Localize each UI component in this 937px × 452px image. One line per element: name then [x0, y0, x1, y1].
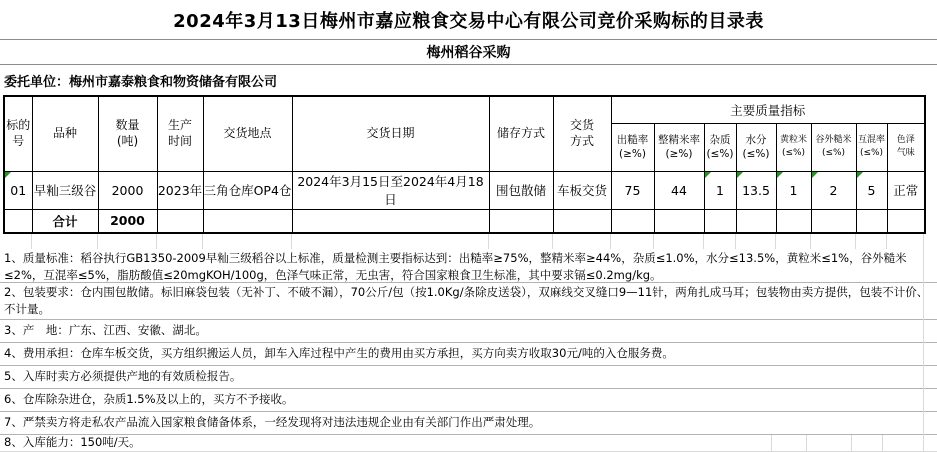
- flag-triangle-icon: [857, 172, 863, 178]
- header-production-time[interactable]: 生产 时间: [157, 96, 203, 171]
- cell-q-yellow-grain[interactable]: 1: [776, 171, 811, 209]
- total-empty-cell[interactable]: [292, 209, 489, 233]
- header-storage-method[interactable]: 储存方式: [489, 96, 553, 171]
- note-text: 5、入库时卖方必须提供产地的有效质检报告。: [4, 368, 249, 385]
- total-empty-cell[interactable]: [856, 209, 887, 233]
- cell-q-impurity[interactable]: 1: [704, 171, 736, 209]
- gridline: [735, 234, 736, 249]
- total-empty-cell[interactable]: [776, 209, 811, 233]
- note-text: 7、严禁卖方将走私农产品流入国家粮食储备体系，一经发现将对违法违规企业由有关部门…: [4, 414, 548, 431]
- header-quantity[interactable]: 数量 (吨): [98, 96, 157, 171]
- gridline: [810, 234, 811, 249]
- total-empty-cell[interactable]: [157, 209, 203, 233]
- table-row: 01 早籼三级谷 2000 2023年 三角仓库OP4仓 2024年3月15日至…: [4, 171, 925, 209]
- cell-delivery-date[interactable]: 2024年3月15日至2024年4月18日: [292, 171, 489, 209]
- cell-q-brown-rice-text: 2: [830, 183, 838, 198]
- cell-bid-no-text: 01: [10, 183, 26, 198]
- total-quantity-cell[interactable]: 2000: [98, 209, 157, 233]
- page-title-text: 2024年3月13日梅州市嘉应粮食交易中心有限公司竞价采购标的目录表: [173, 7, 764, 33]
- spreadsheet-view: 2024年3月13日梅州市嘉应粮食交易中心有限公司竞价采购标的目录表 梅州稻谷采…: [0, 0, 937, 452]
- cell-q-color-odor[interactable]: 正常: [887, 171, 925, 209]
- header-q-brown-rice[interactable]: 谷外糙米 (≤%): [811, 123, 856, 171]
- header-delivery-place[interactable]: 交货地点: [203, 96, 292, 171]
- header-bid-no[interactable]: 标的 号: [4, 96, 32, 171]
- gridline: [653, 234, 654, 249]
- gridline: [610, 234, 611, 249]
- total-empty-cell[interactable]: [553, 209, 611, 233]
- catalog-table: 标的 号 品种 数量 (吨) 生产 时间 交货地点 交货日期 储存方式 交货 方…: [3, 95, 926, 234]
- cell-variety[interactable]: 早籼三级谷: [32, 171, 98, 209]
- total-empty-cell[interactable]: [654, 209, 704, 233]
- client-text: 委托单位：梅州市嘉泰粮食和物资储备有限公司: [4, 71, 277, 90]
- gridline: [703, 234, 704, 249]
- cell-q-mix-rate[interactable]: 5: [856, 171, 887, 209]
- note-line[interactable]: 7、严禁卖方将走私农产品流入国家粮食储备体系，一经发现将对违法违规企业由有关部门…: [0, 412, 937, 435]
- header-quality-group[interactable]: 主要质量指标: [611, 96, 925, 123]
- cell-q-mix-rate-text: 5: [868, 183, 876, 198]
- notes-section: 1、质量标准：稻谷执行GB1350-2009早籼三级稻谷以上标准，质量检测主要指…: [0, 249, 937, 452]
- gridline: [97, 234, 98, 249]
- subtitle-text: 梅州稻谷采购: [427, 42, 511, 62]
- note-line[interactable]: 3、产 地：广东、江西、安徽、湖北。: [0, 320, 937, 343]
- flag-triangle-icon: [777, 172, 783, 178]
- header-q-yellow-grain[interactable]: 黄粒米 (≤%): [776, 123, 811, 171]
- cell-q-moisture[interactable]: 13.5: [736, 171, 776, 209]
- gridline: [291, 234, 292, 249]
- cell-storage-method[interactable]: 围包散储: [489, 171, 553, 209]
- gridline: [882, 435, 883, 451]
- total-empty-cell[interactable]: [704, 209, 736, 233]
- gridline-strip: [0, 234, 937, 249]
- header-q-husk-rate[interactable]: 出糙率 (≥%): [611, 123, 654, 171]
- gridline: [851, 435, 852, 451]
- note-line[interactable]: 8、入库能力：150吨/天。: [0, 435, 937, 452]
- total-empty-cell[interactable]: [611, 209, 654, 233]
- note-text: 4、费用承担：仓库车板交货，买方组织搬运人员，卸车入库过程中产生的费用由买方承担…: [4, 345, 682, 362]
- cell-q-head-rice-rate[interactable]: 44: [654, 171, 704, 209]
- section-subtitle: 梅州稻谷采购: [0, 40, 937, 65]
- note-line[interactable]: 1、质量标准：稻谷执行GB1350-2009早籼三级稻谷以上标准，质量检测主要指…: [0, 249, 937, 283]
- gridline: [775, 234, 776, 249]
- cell-q-moisture-text: 13.5: [742, 183, 770, 198]
- cell-q-impurity-text: 1: [716, 183, 724, 198]
- gridline: [806, 435, 807, 451]
- gridline: [31, 234, 32, 249]
- total-row: 合计 2000: [4, 209, 925, 233]
- total-empty-cell[interactable]: [887, 209, 925, 233]
- flag-triangle-icon: [812, 172, 818, 178]
- header-q-mix-rate[interactable]: 互混率 (≤%): [856, 123, 887, 171]
- gridline: [202, 234, 203, 249]
- note-line[interactable]: 4、费用承担：仓库车板交货，买方组织搬运人员，卸车入库过程中产生的费用由买方承担…: [0, 343, 937, 366]
- total-empty-cell[interactable]: [811, 209, 856, 233]
- cell-delivery-method[interactable]: 车板交货: [553, 171, 611, 209]
- header-variety[interactable]: 品种: [32, 96, 98, 171]
- cell-bid-no[interactable]: 01: [4, 171, 32, 209]
- note-text: 8、入库能力：150吨/天。: [4, 434, 149, 451]
- note-text: 2、包装要求：仓内围包散储。标旧麻袋包装（无补丁、不破不漏），70公斤/包（按1…: [4, 284, 937, 317]
- note-text: 1、质量标准：稻谷执行GB1350-2009早籼三级稻谷以上标准，质量检测主要指…: [4, 250, 937, 283]
- header-q-head-rice-rate[interactable]: 整精米率 (≥%): [654, 123, 704, 171]
- total-label-cell[interactable]: 合计: [32, 209, 98, 233]
- note-text: 3、产 地：广东、江西、安徽、湖北。: [4, 322, 215, 339]
- flag-triangle-icon: [737, 172, 743, 178]
- cell-q-yellow-grain-text: 1: [790, 183, 798, 198]
- note-text: 6、仓库除杂进仓，杂质1.5%及以上的，买方不予接收。: [4, 391, 302, 408]
- client-line: 委托单位：梅州市嘉泰粮食和物资储备有限公司: [0, 65, 937, 95]
- total-empty-cell[interactable]: [489, 209, 553, 233]
- cell-q-husk-rate[interactable]: 75: [611, 171, 654, 209]
- flag-triangle-icon: [5, 172, 11, 178]
- gridline: [156, 234, 157, 249]
- flag-triangle-icon: [705, 172, 711, 178]
- gridline: [771, 435, 772, 451]
- note-line[interactable]: 6、仓库除杂进仓，杂质1.5%及以上的，买方不予接收。: [0, 389, 937, 412]
- gridline: [923, 234, 924, 249]
- header-q-impurity[interactable]: 杂质 (≤%): [704, 123, 736, 171]
- note-line[interactable]: 5、入库时卖方必须提供产地的有效质检报告。: [0, 366, 937, 389]
- cell-delivery-place[interactable]: 三角仓库OP4仓: [203, 171, 292, 209]
- gridline: [855, 234, 856, 249]
- cell-q-brown-rice[interactable]: 2: [811, 171, 856, 209]
- total-empty-cell[interactable]: [203, 209, 292, 233]
- cell-quantity[interactable]: 2000: [98, 171, 157, 209]
- note-line[interactable]: 2、包装要求：仓内围包散储。标旧麻袋包装（无补丁、不破不漏），70公斤/包（按1…: [0, 283, 937, 320]
- total-empty-cell[interactable]: [4, 209, 32, 233]
- header-delivery-date[interactable]: 交货日期: [292, 96, 489, 171]
- header-q-moisture[interactable]: 水分 (≤%): [736, 123, 776, 171]
- gridline: [488, 234, 489, 249]
- header-delivery-method[interactable]: 交货 方式: [553, 96, 611, 171]
- gridline: [886, 234, 887, 249]
- cell-production-time[interactable]: 2023年: [157, 171, 203, 209]
- gridline: [552, 234, 553, 249]
- gridline: [923, 249, 924, 452]
- header-q-color-odor[interactable]: 色泽 气味: [887, 123, 925, 171]
- total-empty-cell[interactable]: [736, 209, 776, 233]
- page-title: 2024年3月13日梅州市嘉应粮食交易中心有限公司竞价采购标的目录表: [0, 0, 937, 40]
